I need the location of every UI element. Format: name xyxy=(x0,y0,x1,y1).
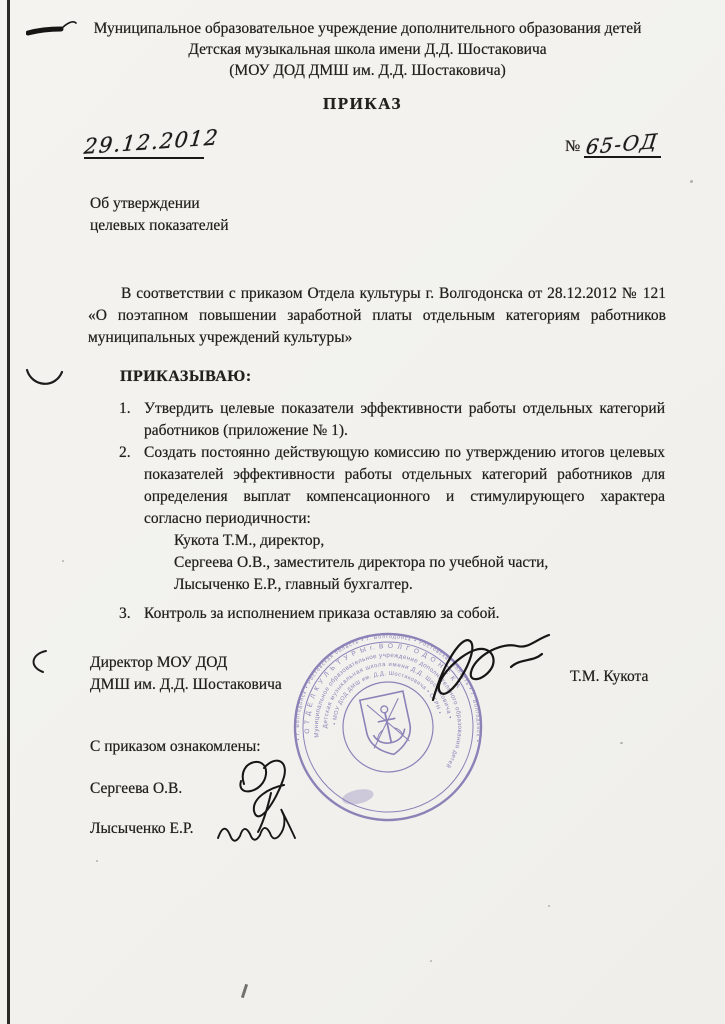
number-sign: № xyxy=(565,138,580,155)
commission-member-3: Лысыченко Е.Р., главный бухгалтер. xyxy=(174,574,665,596)
scan-speck xyxy=(620,742,623,744)
scan-speck xyxy=(430,960,432,962)
item-3-number: 3. xyxy=(119,603,144,625)
order-items: 1. Утвердить целевые показатели эффектив… xyxy=(119,398,665,625)
stamp-ink-smudge xyxy=(341,787,375,807)
director-position: Директор МОУ ДОД ДМШ им. Д.Д. Шостакович… xyxy=(90,652,282,696)
acknowledged-person-1: Сергеева О.В. xyxy=(90,780,182,798)
director-position-line1: Директор МОУ ДОД xyxy=(90,652,282,674)
acknowledged-person-2: Лысыченко Е.Р. xyxy=(90,820,193,838)
scan-edge-line xyxy=(7,0,10,1024)
org-name-line1: Муниципальное образовательное учреждение… xyxy=(30,18,705,39)
stamp-shield-anchor-emblem xyxy=(360,691,416,759)
scan-speck xyxy=(62,560,64,562)
subject-line2: целевых показателей xyxy=(90,215,229,237)
org-name-line2: Детская музыкальная школа имени Д.Д. Шос… xyxy=(30,39,705,60)
commission-members: Кукота Т.М., директор, Сергеева О.В., за… xyxy=(174,530,665,596)
pen-arc-mark xyxy=(24,366,66,394)
handwritten-date: 29.12.2012 xyxy=(83,125,220,159)
org-name-line3: (МОУ ДОД ДМШ им. Д.Д. Шостаковича) xyxy=(30,60,705,81)
scan-speck xyxy=(690,180,693,183)
order-subject: Об утверждении целевых показателей xyxy=(90,193,229,237)
preamble-paragraph: В соответствии с приказом Отдела культур… xyxy=(88,283,666,349)
order-item-1: 1. Утвердить целевые показатели эффектив… xyxy=(119,398,665,442)
item-1-number: 1. xyxy=(119,398,144,442)
order-date-field: 29.12.2012 xyxy=(84,130,204,159)
order-number-field: № 65-ОД xyxy=(565,132,661,156)
handwritten-number-underline: 65-ОД xyxy=(584,138,660,158)
item-3-text: Контроль за исполнением приказа оставляю… xyxy=(144,603,665,625)
subject-line1: Об утверждении xyxy=(90,193,229,215)
commission-member-2: Сергеева О.В., заместитель директора по … xyxy=(174,552,665,574)
director-position-line2: ДМШ им. Д.Д. Шостаковича xyxy=(90,674,282,696)
order-item-2: 2. Создать постоянно действующую комисси… xyxy=(119,442,665,530)
director-signature xyxy=(415,622,565,717)
scan-speck xyxy=(548,905,550,907)
document-type-title: ПРИКАЗ xyxy=(0,94,725,114)
director-name: Т.М. Кукота xyxy=(570,668,648,686)
scan-speck xyxy=(96,860,98,862)
commission-member-1: Кукота Т.М., директор, xyxy=(174,530,665,552)
scan-slash-mark xyxy=(241,984,248,998)
item-2-number: 2. xyxy=(119,442,144,530)
item-1-text: Утвердить целевые показатели эффективнос… xyxy=(144,398,665,442)
handwritten-number: 65-ОД xyxy=(585,129,660,160)
org-header: Муниципальное образовательное учреждение… xyxy=(30,18,705,81)
order-item-3: 3. Контроль за исполнением приказа остав… xyxy=(119,603,665,625)
lysychenko-signature xyxy=(212,806,307,854)
pen-hook-mark xyxy=(26,648,52,676)
item-2-text: Создать постоянно действующую комиссию п… xyxy=(144,442,665,530)
resolution-word: ПРИКАЗЫВАЮ: xyxy=(120,368,252,386)
scanned-order-document: Муниципальное образовательное учреждение… xyxy=(0,0,725,1024)
